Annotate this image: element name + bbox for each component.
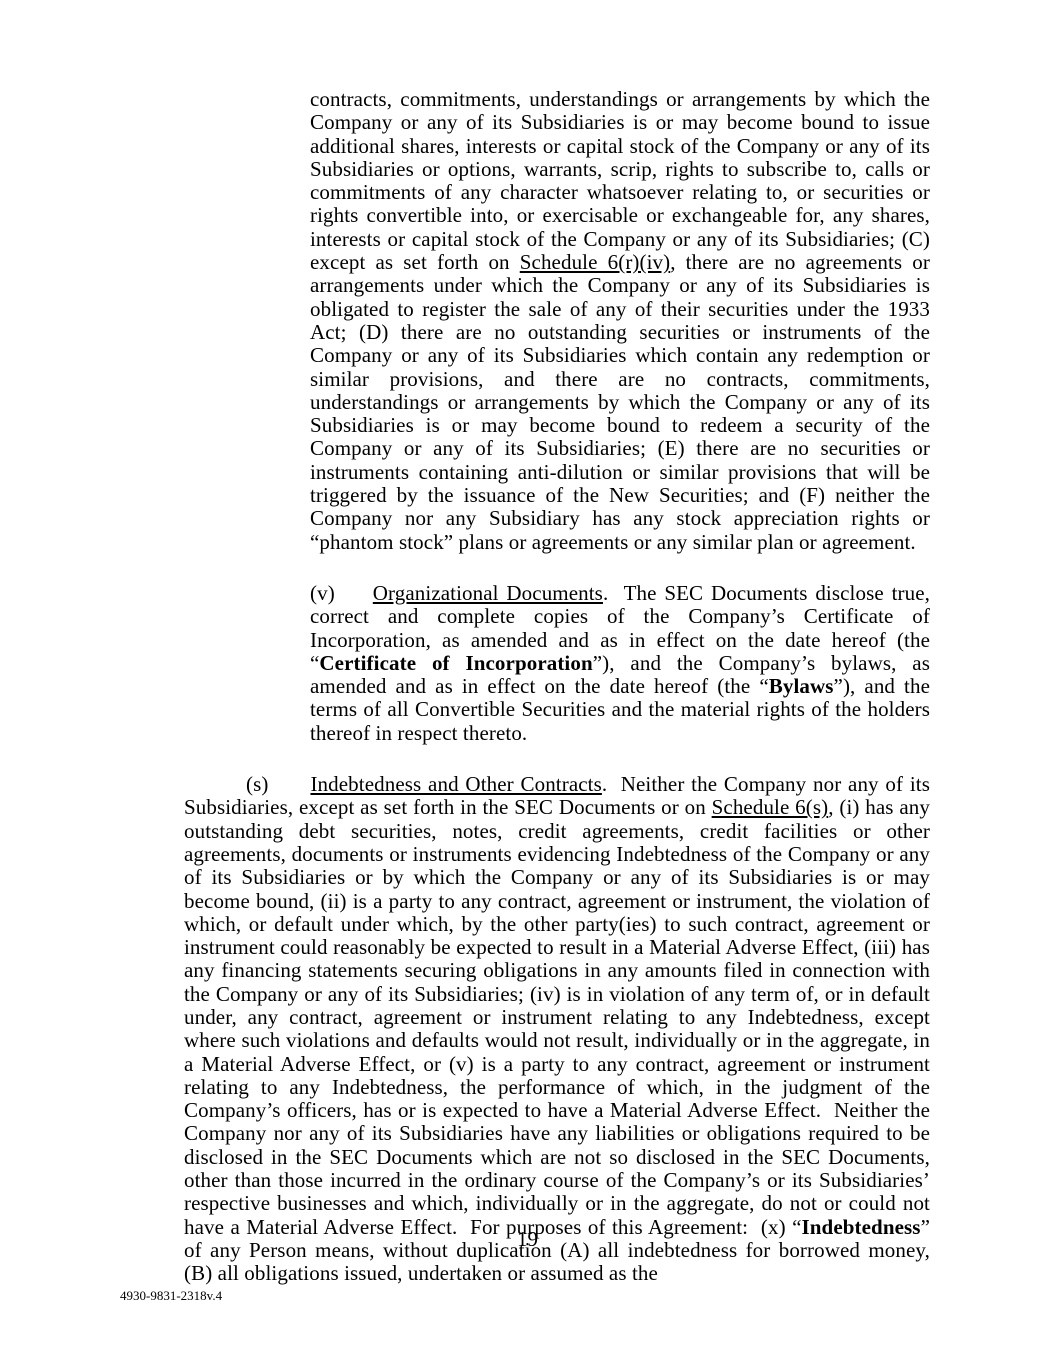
organizational-documents-heading: Organizational Documents	[373, 581, 603, 605]
document-reference-number: 4930-9831-2318v.4	[120, 1288, 222, 1303]
defined-term-certificate-of-incorporation: Certificate of Incorporation	[319, 651, 592, 675]
indebtedness-and-other-contracts-heading: Indebtedness and Other Contracts	[310, 772, 601, 796]
text-run: , there are no agreements or arrangement…	[310, 250, 930, 554]
schedule-6s-reference: Schedule 6(s)	[712, 795, 829, 819]
defined-term-bylaws: Bylaws	[769, 674, 834, 698]
paragraph-section-s-indebtedness: (s)Indebtedness and Other Contracts. Nei…	[184, 773, 930, 1286]
clause-label: (v)	[310, 581, 335, 605]
page-number: 19	[0, 1228, 1055, 1251]
document-body: contracts, commitments, understandings o…	[184, 88, 930, 1286]
schedule-6r-iv-reference: Schedule 6(r)(iv)	[520, 250, 670, 274]
paragraph-clause-v-organizational-documents: (v)Organizational Documents. The SEC Doc…	[310, 582, 930, 745]
document-page: contracts, commitments, understandings o…	[0, 0, 1055, 1365]
text-run: contracts, commitments, understandings o…	[310, 87, 930, 274]
text-run: , (i) has any outstanding debt securitie…	[184, 795, 930, 1238]
paragraph-clause-r-continuation: contracts, commitments, understandings o…	[310, 88, 930, 554]
section-label: (s)	[246, 772, 268, 796]
